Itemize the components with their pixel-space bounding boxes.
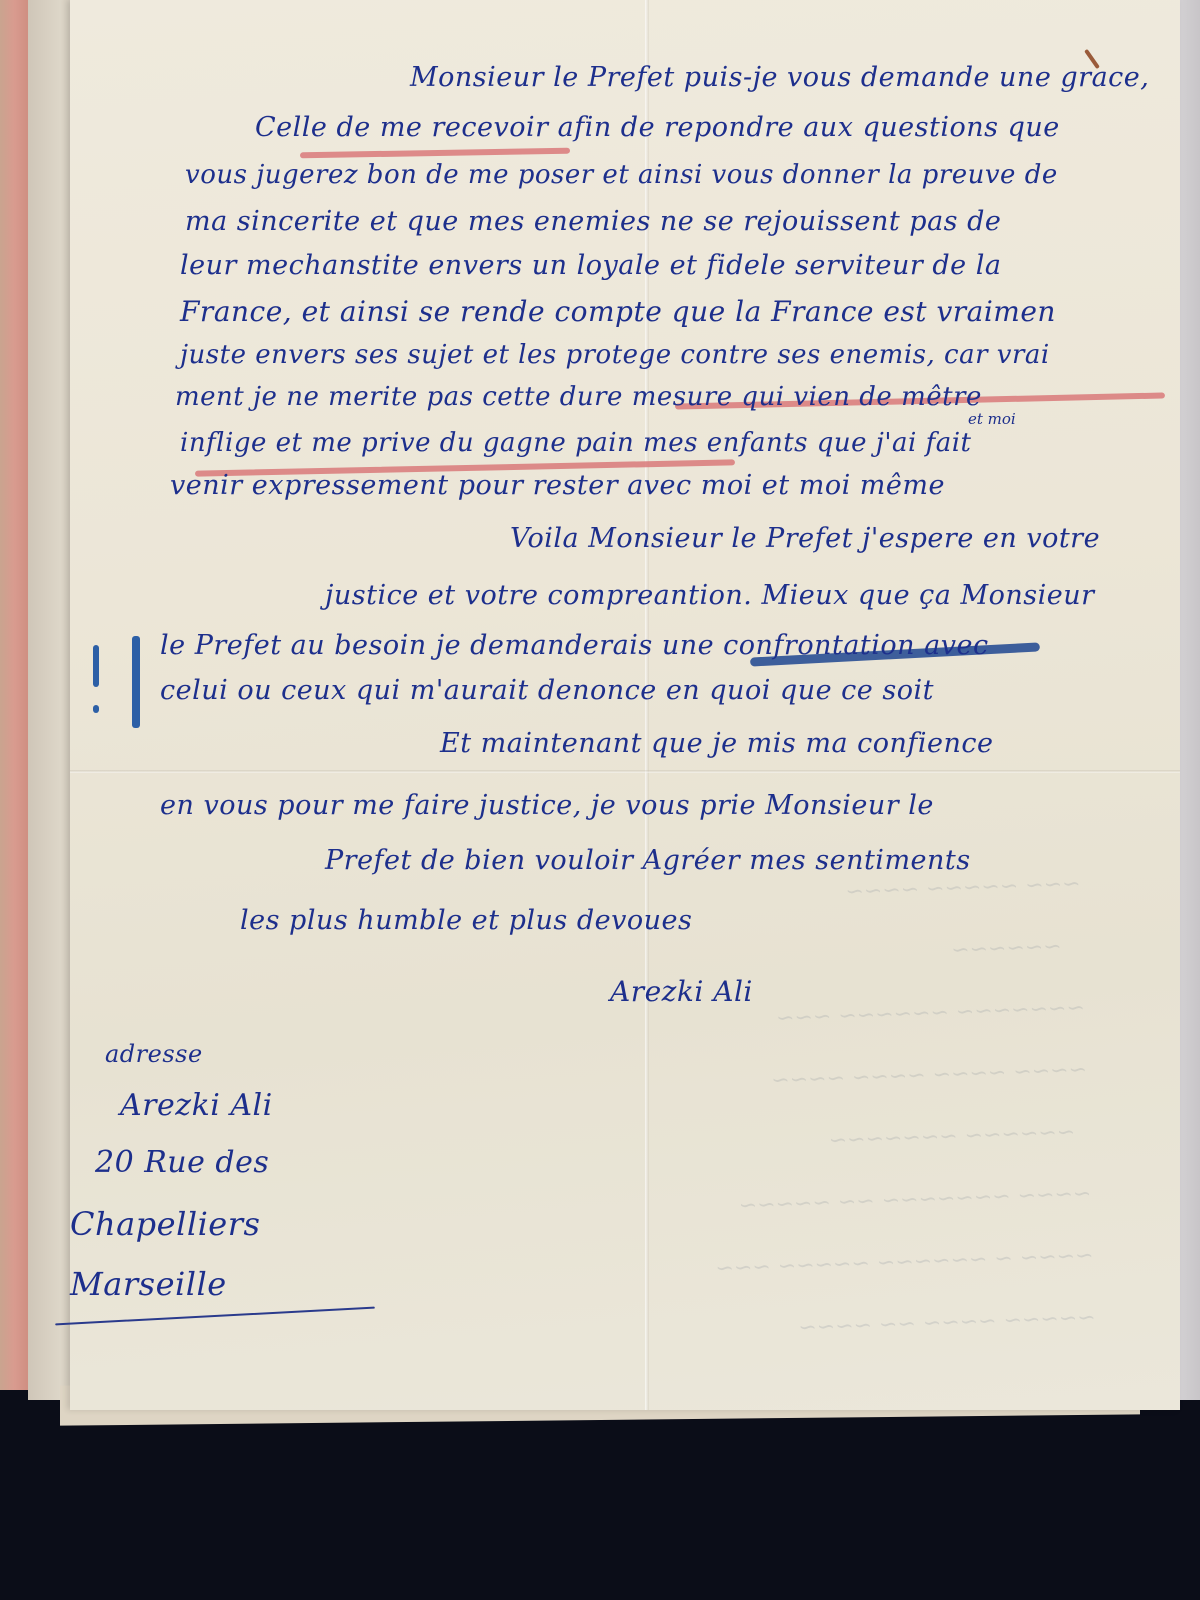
letter-line: les plus humble et plus devoues bbox=[240, 905, 692, 936]
address-label: adresse bbox=[105, 1040, 203, 1068]
letter-line: en vous pour me faire justice, je vous p… bbox=[160, 790, 934, 821]
letter-line: Prefet de bien vouloir Agréer mes sentim… bbox=[325, 845, 971, 876]
letter-line: Monsieur le Prefet puis-je vous demande … bbox=[410, 62, 1149, 93]
margin-exclamation-dot bbox=[93, 705, 99, 713]
address-street-name: Chapelliers bbox=[70, 1205, 260, 1243]
margin-exclamation-bar bbox=[93, 645, 99, 687]
letter-line: venir expressement pour rester avec moi … bbox=[170, 470, 945, 501]
address-name: Arezki Ali bbox=[120, 1088, 273, 1123]
letter-line: vous jugerez bon de me poser et ainsi vo… bbox=[185, 160, 1058, 190]
letter-page: ~~~ ~~~~~ ~~~~ ~~~~~~ ~~~~~~~ ~~~~~~ ~~~… bbox=[70, 0, 1180, 1410]
letter-line: leur mechanstite envers un loyale et fid… bbox=[180, 250, 1001, 281]
letter-line: Voila Monsieur le Prefet j'espere en vot… bbox=[510, 523, 1100, 554]
letter-line: France, et ainsi se rende compte que la … bbox=[180, 295, 1056, 328]
margin-vertical-bar bbox=[132, 636, 140, 728]
letter-line: ment je ne merite pas cette dure mesure … bbox=[175, 382, 982, 412]
horizontal-fold bbox=[70, 770, 1180, 773]
letter-line: justice et votre compreantion. Mieux que… bbox=[325, 580, 1095, 611]
signature: Arezki Ali bbox=[610, 975, 753, 1008]
reverse-side-show-through: ~~~ ~~~~~ ~~~~ ~~~~~~ ~~~~~~~ ~~~~~~ ~~~… bbox=[701, 854, 1096, 1363]
interlinear-insertion: et moi bbox=[968, 410, 1016, 428]
letter-line: ma sincerite et que mes enemies ne se re… bbox=[185, 206, 1001, 237]
letter-line: juste envers ses sujet et les protege co… bbox=[180, 340, 1050, 370]
letter-line: Celle de me recevoir afin de repondre au… bbox=[255, 112, 1060, 143]
address-city: Marseille bbox=[70, 1265, 227, 1303]
address-street: 20 Rue des bbox=[95, 1145, 269, 1180]
red-underline bbox=[300, 148, 570, 159]
letter-line: le Prefet au besoin je demanderais une c… bbox=[160, 630, 989, 661]
letter-line: inflige et me prive du gagne pain mes en… bbox=[180, 428, 971, 458]
address-flourish-rule bbox=[55, 1307, 375, 1326]
letter-line: Et maintenant que je mis ma confience bbox=[440, 728, 994, 759]
letter-line: celui ou ceux qui m'aurait denonce en qu… bbox=[160, 675, 934, 706]
